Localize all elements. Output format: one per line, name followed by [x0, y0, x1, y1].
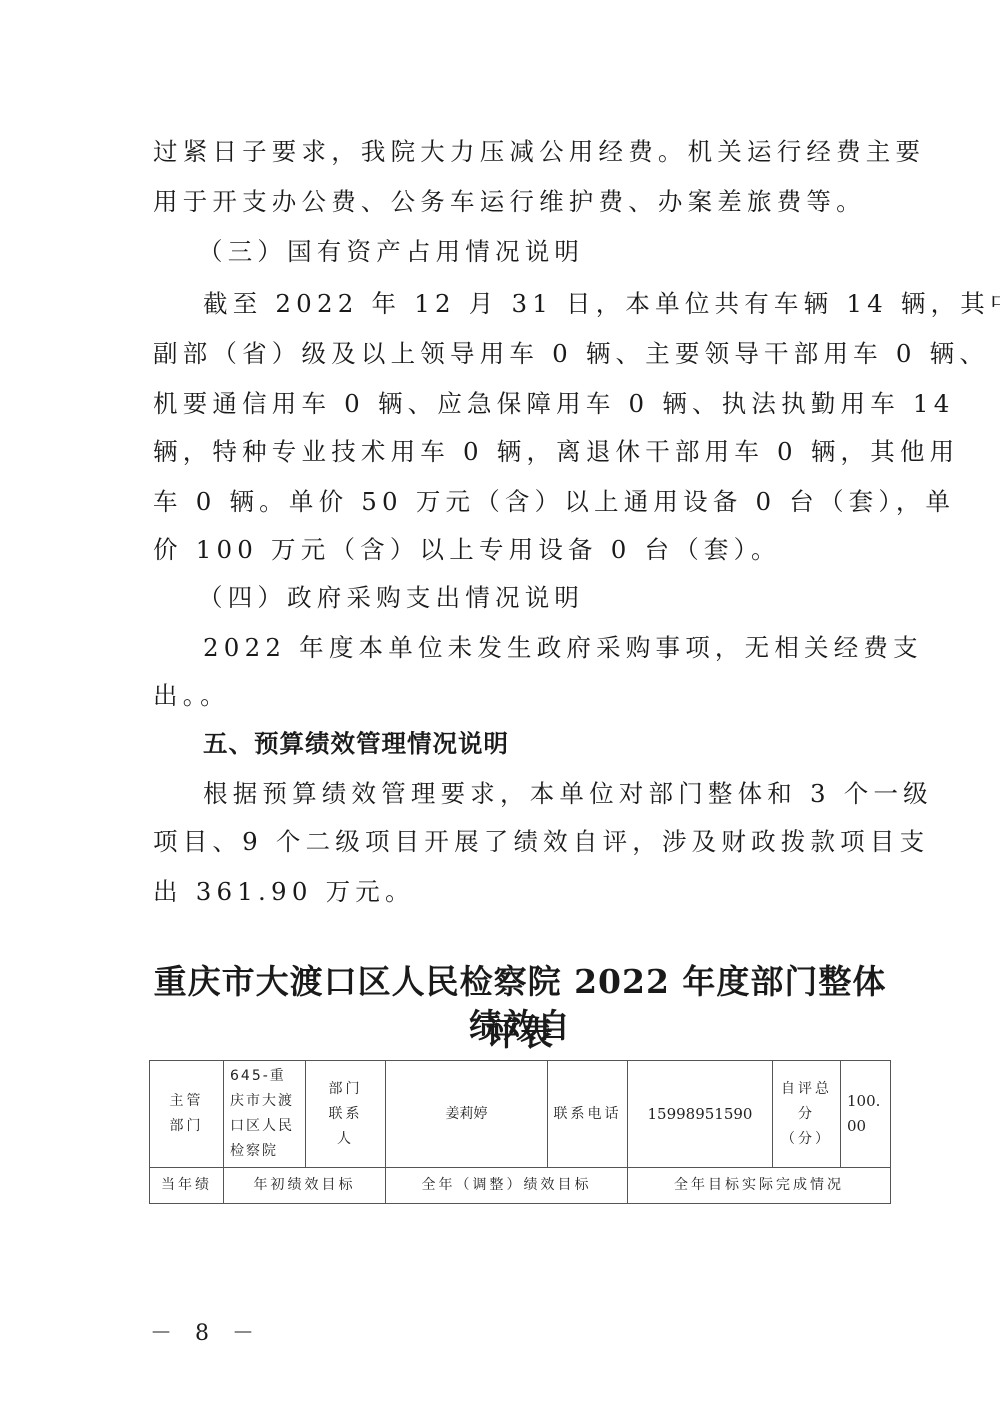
paragraph-line: 出 361.90 万元。 [153, 876, 853, 908]
table-title-line2: 评表 [150, 1012, 890, 1056]
table-row: 当年绩 年初绩效目标 全年（调整）绩效目标 全年目标实际完成情况 [150, 1168, 891, 1204]
paragraph-line: 价 100 万元（含）以上专用设备 0 台（套）。 [153, 534, 853, 566]
dept-label-cell: 主管部门 [150, 1061, 224, 1168]
section-heading-3: （三）国有资产占用情况说明 [198, 236, 898, 268]
contact-label-cell: 部门联系人 [306, 1061, 386, 1168]
dept-value-cell: 645-重庆市大渡口区人民检察院 [224, 1061, 306, 1168]
paragraph-line: 过紧日子要求，我院大力压减公用经费。机关运行经费主要 [153, 136, 853, 168]
paragraph-line: 截至 2022 年 12 月 31 日，本单位共有车辆 14 辆，其中， [203, 288, 903, 320]
actual-completion-header: 全年目标实际完成情况 [628, 1168, 891, 1204]
adjusted-target-header: 全年（调整）绩效目标 [386, 1168, 628, 1204]
paragraph-line: 2022 年度本单位未发生政府采购事项，无相关经费支 [203, 632, 903, 664]
paragraph-line: 辆，特种专业技术用车 0 辆，离退休干部用车 0 辆，其他用 [153, 436, 853, 468]
paragraph-line: 项目、9 个二级项目开展了绩效自评，涉及财政拨款项目支 [153, 826, 853, 858]
paragraph-line: 车 0 辆。单价 50 万元（含）以上通用设备 0 台（套），单 [153, 486, 853, 518]
initial-target-header: 年初绩效目标 [224, 1168, 386, 1204]
page-number: － 8 － [150, 1316, 262, 1347]
section-heading-5: 五、预算绩效管理情况说明 [203, 728, 903, 760]
paragraph-line: 根据预算绩效管理要求，本单位对部门整体和 3 个一级 [203, 778, 903, 810]
phone-value-cell: 15998951590 [628, 1061, 773, 1168]
paragraph-line: 机要通信用车 0 辆、应急保障用车 0 辆、执法执勤用车 14 [153, 388, 853, 420]
section-heading-4: （四）政府采购支出情况说明 [198, 582, 898, 614]
performance-evaluation-table: 主管部门 645-重庆市大渡口区人民检察院 部门联系人 姜莉婷 联系电话 159… [149, 1060, 891, 1204]
paragraph-line: 出。。 [153, 680, 853, 712]
phone-label-cell: 联系电话 [548, 1061, 628, 1168]
contact-value-cell: 姜莉婷 [386, 1061, 548, 1168]
paragraph-line: 用于开支办公费、公务车运行维护费、办案差旅费等。 [153, 186, 853, 218]
document-page: 过紧日子要求，我院大力压减公用经费。机关运行经费主要 用于开支办公费、公务车运行… [0, 0, 1000, 1414]
paragraph-line: 副部（省）级及以上领导用车 0 辆、主要领导干部用车 0 辆、 [153, 338, 853, 370]
score-value-cell: 100.00 [841, 1061, 891, 1168]
table-row: 主管部门 645-重庆市大渡口区人民检察院 部门联系人 姜莉婷 联系电话 159… [150, 1061, 891, 1168]
score-label-cell: 自评总分（分） [773, 1061, 841, 1168]
year-performance-cell: 当年绩 [150, 1168, 224, 1204]
